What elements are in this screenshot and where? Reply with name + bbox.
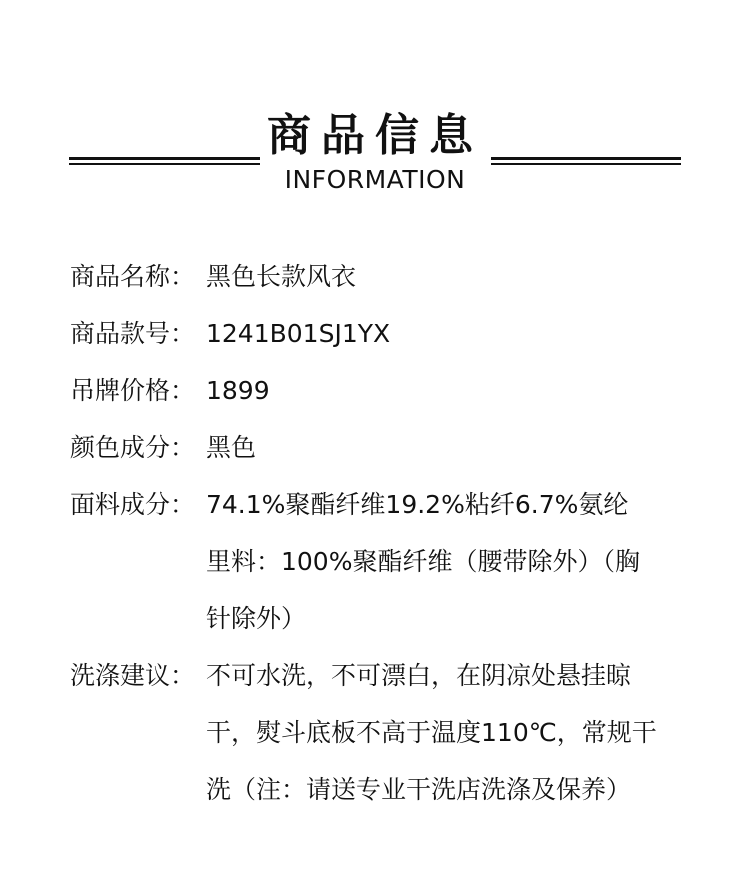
info-value-line: 黑色	[206, 419, 690, 476]
info-row-style-number: 商品款号： 1241B01SJ1YX	[70, 305, 690, 362]
info-label: 面料成分：	[70, 476, 206, 647]
info-row-price: 吊牌价格： 1899	[70, 362, 690, 419]
section-title: 商品信息	[0, 108, 750, 164]
section-subtitle: INFORMATION	[0, 164, 750, 196]
info-label: 吊牌价格：	[70, 362, 206, 419]
info-value-line: 干，熨斗底板不高于温度110℃，常规干	[206, 704, 690, 761]
info-value: 74.1%聚酯纤维19.2%粘纤6.7%氨纶 里料：100%聚酯纤维（腰带除外）…	[206, 476, 690, 647]
info-value-line: 不可水洗，不可漂白，在阴凉处悬挂晾	[206, 647, 690, 704]
info-value-line: 洗（注：请送专业干洗店洗涤及保养）	[206, 761, 690, 818]
info-value: 1241B01SJ1YX	[206, 305, 690, 362]
section-header: 商品信息 INFORMATION	[0, 0, 750, 210]
info-value: 不可水洗，不可漂白，在阴凉处悬挂晾 干，熨斗底板不高于温度110℃，常规干 洗（…	[206, 647, 690, 818]
info-label: 商品名称：	[70, 248, 206, 305]
info-row-color: 颜色成分： 黑色	[70, 419, 690, 476]
info-row-care: 洗涤建议： 不可水洗，不可漂白，在阴凉处悬挂晾 干，熨斗底板不高于温度110℃，…	[70, 647, 690, 818]
info-value: 黑色	[206, 419, 690, 476]
rule-thick-line	[491, 157, 681, 160]
info-value-line: 黑色长款风衣	[206, 248, 690, 305]
info-row-name: 商品名称： 黑色长款风衣	[70, 248, 690, 305]
info-row-fabric: 面料成分： 74.1%聚酯纤维19.2%粘纤6.7%氨纶 里料：100%聚酯纤维…	[70, 476, 690, 647]
info-value-line: 针除外）	[206, 590, 690, 647]
info-value: 1899	[206, 362, 690, 419]
info-value-line: 里料：100%聚酯纤维（腰带除外）（胸	[206, 533, 690, 590]
info-label: 颜色成分：	[70, 419, 206, 476]
info-value-line: 74.1%聚酯纤维19.2%粘纤6.7%氨纶	[206, 476, 690, 533]
info-label: 商品款号：	[70, 305, 206, 362]
info-value: 黑色长款风衣	[206, 248, 690, 305]
product-info-list: 商品名称： 黑色长款风衣 商品款号： 1241B01SJ1YX 吊牌价格： 18…	[70, 248, 690, 818]
info-value-line: 1899	[206, 362, 690, 419]
info-label: 洗涤建议：	[70, 647, 206, 818]
info-value-line: 1241B01SJ1YX	[206, 305, 690, 362]
